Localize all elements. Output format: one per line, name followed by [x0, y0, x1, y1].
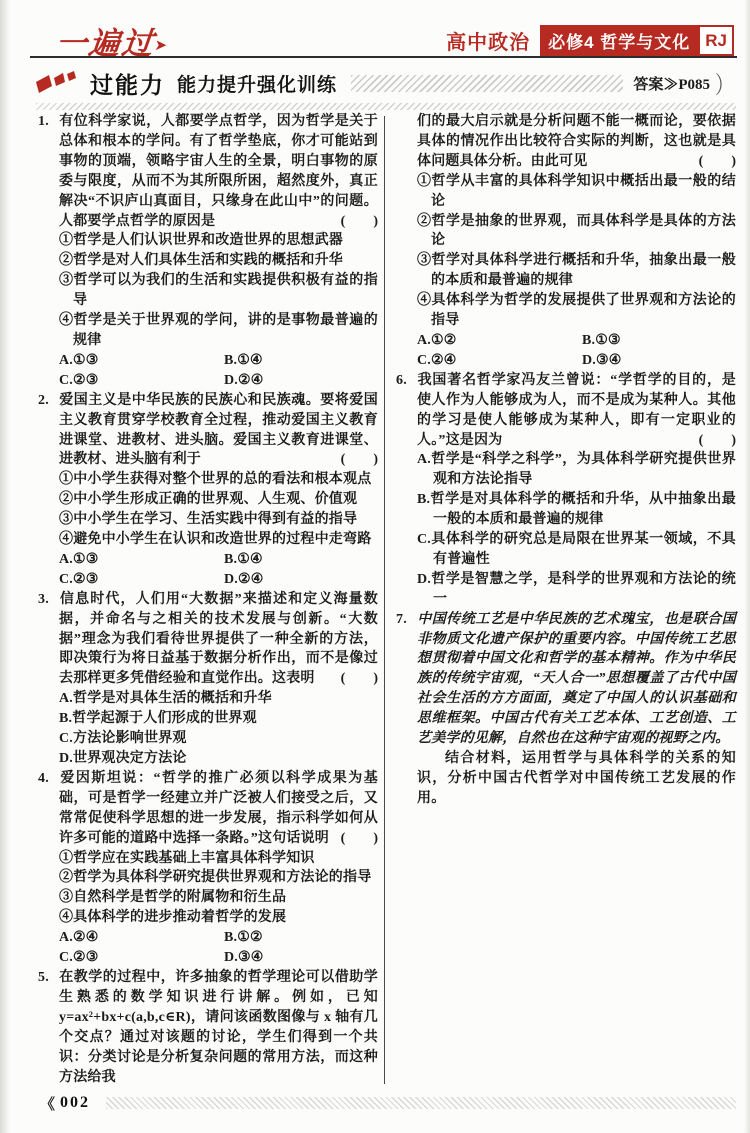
publisher-badge: RJ: [698, 25, 734, 56]
arrow-icon: ➤: [154, 37, 168, 54]
answer-bracket: ( ): [341, 450, 378, 470]
stem-text: 我国著名哲学家冯友兰曾说：“学哲学的目的，是使人作为人能够成为人，而不是成为某种…: [417, 373, 736, 448]
choice-row: C.②③D.②④: [38, 371, 378, 391]
choice: B.①③: [582, 331, 736, 351]
option-item: ③自然科学是哲学的附属物和衍生品: [38, 888, 378, 908]
column-divider: [384, 116, 385, 1084]
option-item: ③中小学生在学习、生活实践中得到有益的指导: [38, 510, 378, 530]
answer-bracket: ( ): [341, 829, 378, 849]
question-stem: 3.信息时代，人们用“大数据”来描述和定义海量数据，并命名与之相关的技术发展与创…: [38, 590, 378, 690]
stem-text: 爱国主义是中华民族的民族心和民族魂。要将爱国主义教育贯穿学校教育全过程，推动爱国…: [59, 393, 378, 468]
section-hatch-pattern: [351, 75, 623, 92]
option-item: ①哲学应在实践基础上丰富具体科学知识: [38, 849, 378, 869]
choice: C.方法论影响世界观: [38, 729, 378, 749]
option-item: ②哲学为具体科学研究提供世界观和方法论的指导: [38, 868, 378, 888]
section-subtitle: 能力提升强化训练: [177, 70, 337, 97]
module-badge: 必修4 哲学与文化: [540, 25, 698, 56]
page-number: 002: [60, 1094, 90, 1112]
option-item: ①中小学生获得对整个世界的总的看法和根本观点: [38, 470, 378, 490]
page-marker: 《: [40, 1093, 55, 1114]
option-item: ②中小学生形成正确的世界观、人生观、价值观: [38, 490, 378, 510]
choice: D.③④: [582, 351, 736, 371]
question-number: 7.: [396, 610, 417, 630]
choice: C.②③: [59, 570, 224, 590]
choice: B.①②: [224, 928, 378, 948]
choice: C.②④: [417, 351, 582, 371]
stem-text: 中国传统工艺是中华民族的艺术瑰宝，也是联合国非物质文化遗产保护的重要内容。中国传…: [417, 612, 736, 746]
stem-text: 信息时代，人们用“大数据”来描述和定义海量数据，并命名与之相关的技术发展与创新。…: [59, 592, 378, 687]
wings-icon: [36, 70, 80, 96]
answer-arc-mark: ）: [715, 66, 734, 100]
question-stem-continued: 们的最大启示就是分析问题不能一概而论，要依据具体的情况作出比较符合实际的判断，这…: [396, 112, 736, 172]
question-number: 4.: [38, 769, 59, 789]
option-item: ④哲学是关于世界观的学问，讲的是事物最普遍的规律: [38, 311, 378, 351]
answer-bracket: ( ): [699, 431, 736, 451]
question-number: 1.: [38, 112, 59, 132]
page-edge-left: [0, 0, 10, 1133]
choice: A.哲学是对具体生活的概括和升华: [38, 689, 378, 709]
header-divider-line: [30, 56, 737, 58]
question-number: 3.: [38, 590, 59, 610]
header-course-info: 高中政治 必修4 哲学与文化 RJ: [446, 25, 734, 56]
section-underline-hatch: [36, 103, 736, 110]
choice: D.②④: [224, 371, 378, 391]
question-number: 5.: [38, 968, 59, 988]
choice: B.哲学起源于人们形成的世界观: [38, 709, 378, 729]
choice-row: A.①②B.①③: [396, 331, 736, 351]
stem-text: 有位科学家说，人都要学点哲学，因为哲学是关于总体和根本的学问。有了哲学垫底，你才…: [59, 114, 378, 229]
option-item: ④避免中小学生在认识和改造世界的过程中走弯路: [38, 530, 378, 550]
choice: C.②③: [59, 948, 224, 968]
choice-row: A.①③B.①④: [38, 351, 378, 371]
choice-row: A.②④B.①②: [38, 928, 378, 948]
left-column: 1.有位科学家说，人都要学点哲学，因为哲学是关于总体和根本的学问。有了哲学垫底，…: [38, 112, 378, 1087]
choice-row: A.①③B.①④: [38, 550, 378, 570]
option-item: ③哲学对具体科学进行概括和升华，抽象出最一般的本质和最普遍的规律: [396, 251, 736, 291]
question-stem: 1.有位科学家说，人都要学点哲学，因为哲学是关于总体和根本的学问。有了哲学垫底，…: [38, 112, 378, 231]
footer-hatch-pattern: [106, 1097, 736, 1109]
option-item: ④具体科学为哲学的发展提供了世界观和方法论的指导: [396, 291, 736, 331]
answer-reference: 答案≫P085: [633, 73, 710, 94]
section-header: 过能力 能力提升强化训练 答案≫P085 ）: [36, 64, 736, 102]
choice: A.①③: [59, 351, 224, 371]
question-stem: 7.中国传统工艺是中华民族的艺术瑰宝，也是联合国非物质文化遗产保护的重要内容。中…: [396, 610, 736, 749]
answer-bracket: ( ): [341, 212, 378, 232]
textbook-page: 一遍过➤ 高中政治 必修4 哲学与文化 RJ 过能力 能力提升强化训练 答案≫P…: [0, 0, 750, 1133]
choice: A.①③: [59, 550, 224, 570]
choice: A.②④: [59, 928, 224, 948]
page-edge-right: [744, 0, 750, 1133]
option-item: ①哲学是人们认识世界和改造世界的思想武器: [38, 231, 378, 251]
option-item: ②哲学是抽象的世界观，而具体科学是具体的方法论: [396, 212, 736, 252]
page-footer: 《 002: [40, 1095, 736, 1111]
answer-bracket: ( ): [341, 669, 378, 689]
choice: C.具体科学的研究总是局限在世界某一领域，不具有普遍性: [396, 530, 736, 570]
section-title: 过能力: [90, 67, 165, 100]
choice: A.哲学是“科学之科学”，为具体科学研究提供世界观和方法论指导: [396, 450, 736, 490]
option-item: ③哲学可以为我们的生活和实践提供积极有益的指导: [38, 271, 378, 311]
choice: B.哲学是对具体科学的概括和升华，从中抽象出最一般的本质和最普遍的规律: [396, 490, 736, 530]
question-number: 2.: [38, 391, 59, 411]
stem-text: 在教学的过程中，许多抽象的哲学理论可以借助学生熟悉的数学知识进行讲解。例如，已知…: [59, 970, 378, 1085]
option-item: ②哲学是对人们具体生活和实践的概括和升华: [38, 251, 378, 271]
question-stem: 6.我国著名哲学家冯友兰曾说：“学哲学的目的，是使人作为人能够成为人，而不是成为…: [396, 371, 736, 451]
answer-bracket: ( ): [699, 152, 736, 172]
choice: B.①④: [224, 550, 378, 570]
choice: A.①②: [417, 331, 582, 351]
option-item: ④具体科学的进步推动着哲学的发展: [38, 908, 378, 928]
course-label: 高中政治: [446, 26, 530, 55]
right-column: 们的最大启示就是分析问题不能一概而论，要依据具体的情况作出比较符合实际的判断，这…: [396, 112, 736, 809]
choice-row: C.②③D.②④: [38, 570, 378, 590]
choice: D.③④: [224, 948, 378, 968]
choice: D.②④: [224, 570, 378, 590]
stem-text: 们的最大启示就是分析问题不能一概而论，要依据具体的情况作出比较符合实际的判断，这…: [417, 114, 736, 169]
choice: D.世界观决定方法论: [38, 749, 378, 769]
choice-row: C.②③D.③④: [38, 948, 378, 968]
question-stem: 5.在教学的过程中，许多抽象的哲学理论可以借助学生熟悉的数学知识进行讲解。例如，…: [38, 968, 378, 1087]
choice: D.哲学是智慧之学，是科学的世界观和方法论的统一: [396, 570, 736, 610]
option-item: ①哲学从丰富的具体科学知识中概括出最一般的结论: [396, 172, 736, 212]
question-stem: 2.爱国主义是中华民族的民族心和民族魂。要将爱国主义教育贯穿学校教育全过程，推动…: [38, 391, 378, 471]
stem-text: 爱因斯坦说：“哲学的推广必须以科学成果为基础，可是哲学一经建立并广泛被人们接受之…: [59, 771, 378, 846]
question-stem: 4.爱因斯坦说：“哲学的推广必须以科学成果为基础，可是哲学一经建立并广泛被人们接…: [38, 769, 378, 849]
task-text: 结合材料，运用哲学与具体科学的关系的知识，分析中国古代哲学对中国传统工艺发展的作…: [396, 749, 736, 809]
choice: B.①④: [224, 351, 378, 371]
choice: C.②③: [59, 371, 224, 391]
choice-row: C.②④D.③④: [396, 351, 736, 371]
question-number: 6.: [396, 371, 417, 391]
